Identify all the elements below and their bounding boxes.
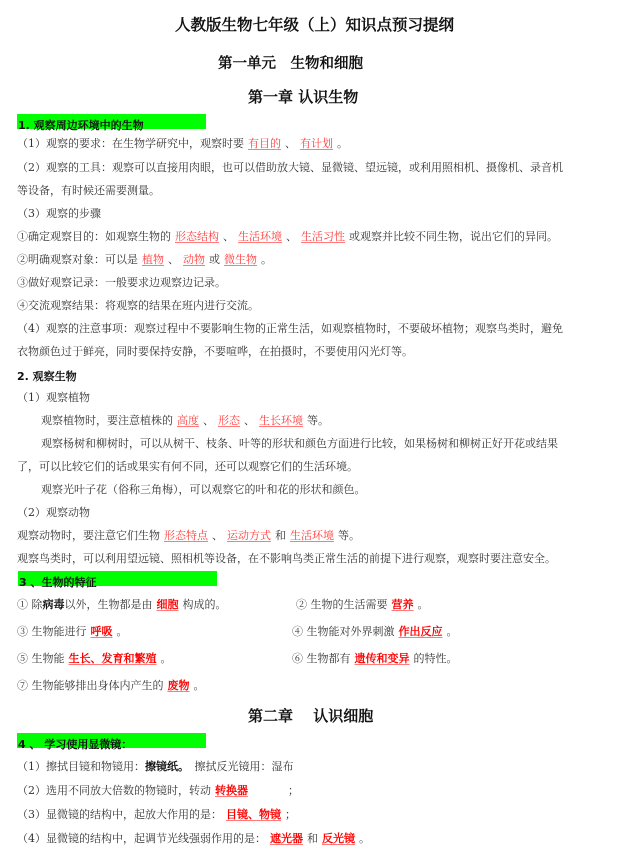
- blank-answer: 微生物: [220, 253, 261, 266]
- blank-answer: 目镜、物镜: [222, 808, 285, 821]
- s2-plant-1: 观察植物时，要注意植株的高度、形态、生长环境等。: [41, 414, 329, 428]
- section-4-heading: 4 、 学习使用显微镜：: [17, 738, 132, 751]
- text: ②明确观察对象：可以是: [17, 253, 138, 266]
- text: 、: [168, 253, 179, 266]
- text: 生物的生活需要: [311, 598, 388, 611]
- s2-plant-2-line2: 了，可以比较它们的话或果实有何不同，还可以观察它们的生活环境。: [17, 460, 358, 474]
- s1-requirement: （1）观察的要求：在生物学研究中，观察时要有目的、有计划。: [17, 137, 348, 151]
- s1-steps-label: （3）观察的步骤: [17, 207, 101, 221]
- item-number: ③: [17, 625, 28, 638]
- chapter-1-title: 第一章 认识生物: [248, 86, 358, 107]
- microscope-item-2: （2）选用不同放大倍数的物镜时，转动转换器；: [17, 784, 299, 798]
- section-3-heading: 3 、生物的特征: [18, 576, 96, 589]
- blank-answer: 遮光器: [266, 832, 307, 845]
- feature-item-5: ⑤ 生物能生长、发育和繁殖。: [17, 652, 172, 666]
- blank-answer: 高度: [173, 414, 203, 427]
- s2-plant-label: （1）观察植物: [17, 391, 90, 405]
- text: ①确定观察目的：如观察生物的: [17, 230, 171, 243]
- text: 或: [209, 253, 220, 266]
- bold-term: 病毒: [43, 598, 65, 611]
- s1-tools-line1: （2）观察的工具：观察可以直接用肉眼，也可以借助放大镜、显微镜、望远镜，或利用照…: [17, 161, 563, 175]
- text: 、: [244, 414, 255, 427]
- section-1-heading-highlight: 1. 观察周边环境中的生物: [17, 114, 206, 129]
- text: （2）选用不同放大倍数的物镜时，转动: [17, 784, 211, 797]
- feature-item-6: ⑥ 生物都有遗传和变异的特性。: [292, 652, 458, 666]
- text: 、: [286, 230, 297, 243]
- item-number: ⑥: [292, 652, 303, 665]
- blank-answer: 动物: [179, 253, 209, 266]
- blank-answer: 植物: [138, 253, 168, 266]
- microscope-item-3: （3）显微镜的结构中，起放大作用的是：目镜、物镜；: [17, 808, 296, 822]
- text: 以外，生物都是由: [65, 598, 153, 611]
- text: 、: [212, 529, 223, 542]
- section-1-heading: 1. 观察周边环境中的生物: [17, 119, 144, 132]
- blank-answer: 生活习性: [297, 230, 349, 243]
- item-number: ①: [17, 598, 28, 611]
- text: 擦拭反光镜用：湿布: [184, 760, 294, 773]
- text: 生物能够排出身体内产生的: [32, 679, 164, 692]
- section-4-heading-highlight: 4 、 学习使用显微镜：: [17, 733, 206, 748]
- blank-answer: 有计划: [296, 137, 337, 150]
- feature-item-4: ④ 生物能对外界刺激作出反应。: [292, 625, 458, 639]
- text: 。: [161, 652, 172, 665]
- text: 等。: [338, 529, 360, 542]
- item-number: ⑤: [17, 652, 28, 665]
- s2-animal-2: 观察鸟类时，可以利用望远镜、照相机等设备，在不影响鸟类正常生活的前提下进行观察，…: [17, 552, 556, 566]
- feature-item-2: ② 生物的生活需要营养。: [296, 598, 429, 612]
- blank-answer: 形态特点: [160, 529, 212, 542]
- s2-plant-2-line1: 观察杨树和柳树时，可以从树干、枝条、叶等的形状和颜色方面进行比较，如果杨树和柳树…: [41, 437, 558, 451]
- s1-notes-line1: （4）观察的注意事项：观察过程中不要影响生物的正常生活，如观察植物时，不要破坏植…: [17, 322, 563, 336]
- text: 和: [307, 832, 318, 845]
- blank-answer: 形态: [214, 414, 244, 427]
- blank-answer: 呼吸: [87, 625, 117, 638]
- blank-answer: 反光镜: [318, 832, 359, 845]
- blank-answer: 生活环境: [234, 230, 286, 243]
- s2-animal-label: （2）观察动物: [17, 506, 90, 520]
- text: 。: [418, 598, 429, 611]
- text: 或观察并比较不同生物，说出它们的异同。: [349, 230, 558, 243]
- text: 。: [359, 832, 370, 845]
- feature-item-7: ⑦ 生物能够排出身体内产生的废物。: [17, 679, 205, 693]
- text: （3）显微镜的结构中，起放大作用的是：: [17, 808, 222, 821]
- text: （4）显微镜的结构中，起调节光线强弱作用的是：: [17, 832, 266, 845]
- feature-item-1: ① 除病毒以外，生物都是由细胞构成的。: [17, 598, 227, 612]
- blank-answer: 有目的: [244, 137, 285, 150]
- blank-answer: 细胞: [153, 598, 183, 611]
- blank-answer: 遗传和变异: [351, 652, 414, 665]
- microscope-item-4: （4）显微镜的结构中，起调节光线强弱作用的是：遮光器和反光镜。: [17, 832, 370, 846]
- text: 。: [261, 253, 272, 266]
- text: ；: [285, 808, 296, 821]
- blank-answer: 营养: [388, 598, 418, 611]
- blank-answer: 废物: [164, 679, 194, 692]
- s1-step-1: ①确定观察目的：如观察生物的形态结构、生活环境、生活习性或观察并比较不同生物，说…: [17, 230, 558, 244]
- text: 的特性。: [414, 652, 458, 665]
- section-2-heading: 2. 观察生物: [17, 368, 77, 384]
- s1-step-2: ②明确观察对象：可以是植物、动物或微生物。: [17, 253, 272, 267]
- text: 和: [275, 529, 286, 542]
- text: 观察动物时，要注意它们生物: [17, 529, 160, 542]
- s1-step-3: ③做好观察记录：一般要求边观察边记录。: [17, 276, 226, 290]
- s1-notes-line2: 衣物颜色过于鲜亮，同时要保持安静，不要喧哗，在拍摄时，不要使用闪光灯等。: [17, 345, 413, 359]
- text: 等。: [307, 414, 329, 427]
- feature-item-3: ③ 生物能进行呼吸。: [17, 625, 128, 639]
- document-title: 人教版生物七年级（上）知识点预习提纲: [175, 13, 454, 35]
- text: （1）擦拭目镜和物镜用：: [17, 760, 145, 773]
- s1-tools-line2: 等设备，有时候还需要测量。: [17, 184, 160, 198]
- text: 。: [447, 625, 458, 638]
- text: 。: [194, 679, 205, 692]
- text: 、: [285, 137, 296, 150]
- blank-answer: 生长环境: [255, 414, 307, 427]
- item-number: ⑦: [17, 679, 28, 692]
- text: 、: [203, 414, 214, 427]
- s1-step-4: ④交流观察结果：将观察的结果在班内进行交流。: [17, 299, 259, 313]
- text: 除: [32, 598, 43, 611]
- text: 、: [223, 230, 234, 243]
- item-number: ④: [292, 625, 303, 638]
- blank-answer: 形态结构: [171, 230, 223, 243]
- text: 观察植物时，要注意植株的: [41, 414, 173, 427]
- text: ；: [288, 784, 299, 797]
- text: 生物能进行: [32, 625, 87, 638]
- microscope-item-1: （1）擦拭目镜和物镜用：擦镜纸。 擦拭反光镜用：湿布: [17, 760, 294, 774]
- text: 。: [117, 625, 128, 638]
- text: 生物能: [32, 652, 65, 665]
- s2-animal-1: 观察动物时，要注意它们生物形态特点、运动方式和生活环境等。: [17, 529, 360, 543]
- text: 生物能对外界刺激: [307, 625, 395, 638]
- bold-term: 擦镜纸。: [145, 760, 184, 773]
- text: 生物都有: [307, 652, 351, 665]
- text: （1）观察的要求：在生物学研究中，观察时要: [17, 137, 244, 150]
- blank-answer: 作出反应: [395, 625, 447, 638]
- chapter-2-title: 第二章 认识细胞: [248, 705, 373, 726]
- text: 构成的。: [183, 598, 227, 611]
- text: 。: [337, 137, 348, 150]
- unit-title: 第一单元 生物和细胞: [218, 52, 363, 73]
- s2-plant-3: 观察光叶子花（俗称三角梅），可以观察它的叶和花的形状和颜色。: [41, 483, 366, 497]
- blank-answer: 转换器: [211, 784, 288, 797]
- item-number: ②: [296, 598, 307, 611]
- section-3-heading-highlight: 3 、生物的特征: [18, 571, 217, 586]
- blank-answer: 运动方式: [223, 529, 275, 542]
- blank-answer: 生长、发育和繁殖: [65, 652, 161, 665]
- blank-answer: 生活环境: [286, 529, 338, 542]
